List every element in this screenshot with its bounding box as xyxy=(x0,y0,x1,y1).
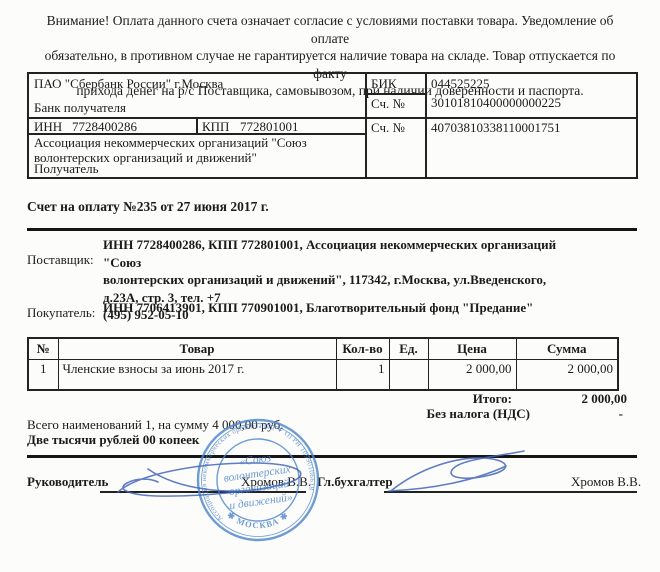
corr-account-value: 30101810400000000225 xyxy=(431,95,561,111)
item-price: 2 000,00 xyxy=(428,360,516,391)
buyer-label: Покупатель: xyxy=(27,305,95,321)
accountant-ink-signature-flourish xyxy=(389,466,506,491)
accountant-signature-line xyxy=(384,491,637,493)
col-item: Товар xyxy=(58,338,336,360)
svg-text:✱ МОСКВА ✱: ✱ МОСКВА ✱ xyxy=(225,510,290,531)
tax-label: Без налога (НДС) xyxy=(350,406,530,422)
buyer-details: ИНН 7706413901, КПП 770901001, Благотвор… xyxy=(103,300,533,316)
divider-inn-kpp xyxy=(196,117,198,134)
inn-label: ИНН xyxy=(34,119,62,135)
supplier-line-1: ИНН 7728400286, КПП 772801001, Ассоциаци… xyxy=(103,236,583,271)
total-value: 2 000,00 xyxy=(523,391,627,407)
head-signature-name: Хромов В.В. xyxy=(241,474,311,490)
bik-value: 044525225 xyxy=(431,76,490,92)
rule-top xyxy=(27,228,637,231)
recipient-label: Получатель xyxy=(34,161,99,177)
divider-bik-account xyxy=(365,93,427,95)
table-row: 1 Членские взносы за июнь 2017 г. 1 2 00… xyxy=(28,360,618,391)
kpp-label: КПП xyxy=(202,119,229,135)
corr-account-label: Сч. № xyxy=(371,96,405,112)
item-qty: 1 xyxy=(336,360,389,391)
bank-label: Банк получателя xyxy=(34,100,126,116)
item-number: 1 xyxy=(28,360,58,391)
accountant-signature-label: Гл.бухгалтер xyxy=(317,474,393,490)
rule-bottom xyxy=(27,455,637,458)
disclaimer-line-1: Внимание! Оплата данного счета означает … xyxy=(28,12,632,47)
col-qty: Кол-во xyxy=(336,338,389,360)
stamp-center-line-4: и движений» xyxy=(228,490,293,512)
items-table: № Товар Кол-во Ед. Цена Сумма 1 Членские… xyxy=(27,337,619,391)
col-sum: Сумма xyxy=(516,338,618,360)
accountant-signature-name: Хромов В.В. xyxy=(571,474,641,490)
account-value: 40703810338110001751 xyxy=(431,120,561,136)
item-sum: 2 000,00 xyxy=(516,360,618,391)
divider-vertical-values xyxy=(425,74,427,177)
tax-value: - xyxy=(523,406,623,422)
item-name: Членские взносы за июнь 2017 г. xyxy=(58,360,336,391)
head-signature-line xyxy=(100,491,306,493)
bik-label: БИК xyxy=(371,76,397,92)
kpp-value: 772801001 xyxy=(240,119,299,135)
stamp-ring-text: Ассоциация некоммерческих организаций ✦ … xyxy=(200,422,316,523)
summary-total-line: Всего наименований 1, на сумму 4 000,00 … xyxy=(27,417,284,433)
invoice-document: Внимание! Оплата данного счета означает … xyxy=(0,0,660,572)
col-number: № xyxy=(28,338,58,360)
bank-name: ПАО "Сбербанк России" г.Москва xyxy=(34,76,223,92)
divider-vertical-labels xyxy=(365,74,367,177)
supplier-label: Поставщик: xyxy=(27,252,94,268)
bank-details-table: ПАО "Сбербанк России" г.Москва Банк полу… xyxy=(27,72,638,179)
col-price: Цена xyxy=(428,338,516,360)
head-signature-label: Руководитель xyxy=(27,474,108,490)
stamp-city-text: ✱ МОСКВА ✱ xyxy=(225,510,290,531)
total-label: Итого: xyxy=(350,391,512,407)
items-header-row: № Товар Кол-во Ед. Цена Сумма xyxy=(28,338,618,360)
invoice-title: Счет на оплату №235 от 27 июня 2017 г. xyxy=(27,199,269,215)
account-label: Сч. № xyxy=(371,120,405,136)
col-unit: Ед. xyxy=(389,338,428,360)
amount-in-words: Две тысячи рублей 00 копеек xyxy=(27,432,199,448)
item-unit xyxy=(389,360,428,391)
inn-value: 7728400286 xyxy=(72,119,137,135)
svg-text:Ассоциация некоммерческих орга: Ассоциация некоммерческих организаций ✦ … xyxy=(200,422,316,523)
